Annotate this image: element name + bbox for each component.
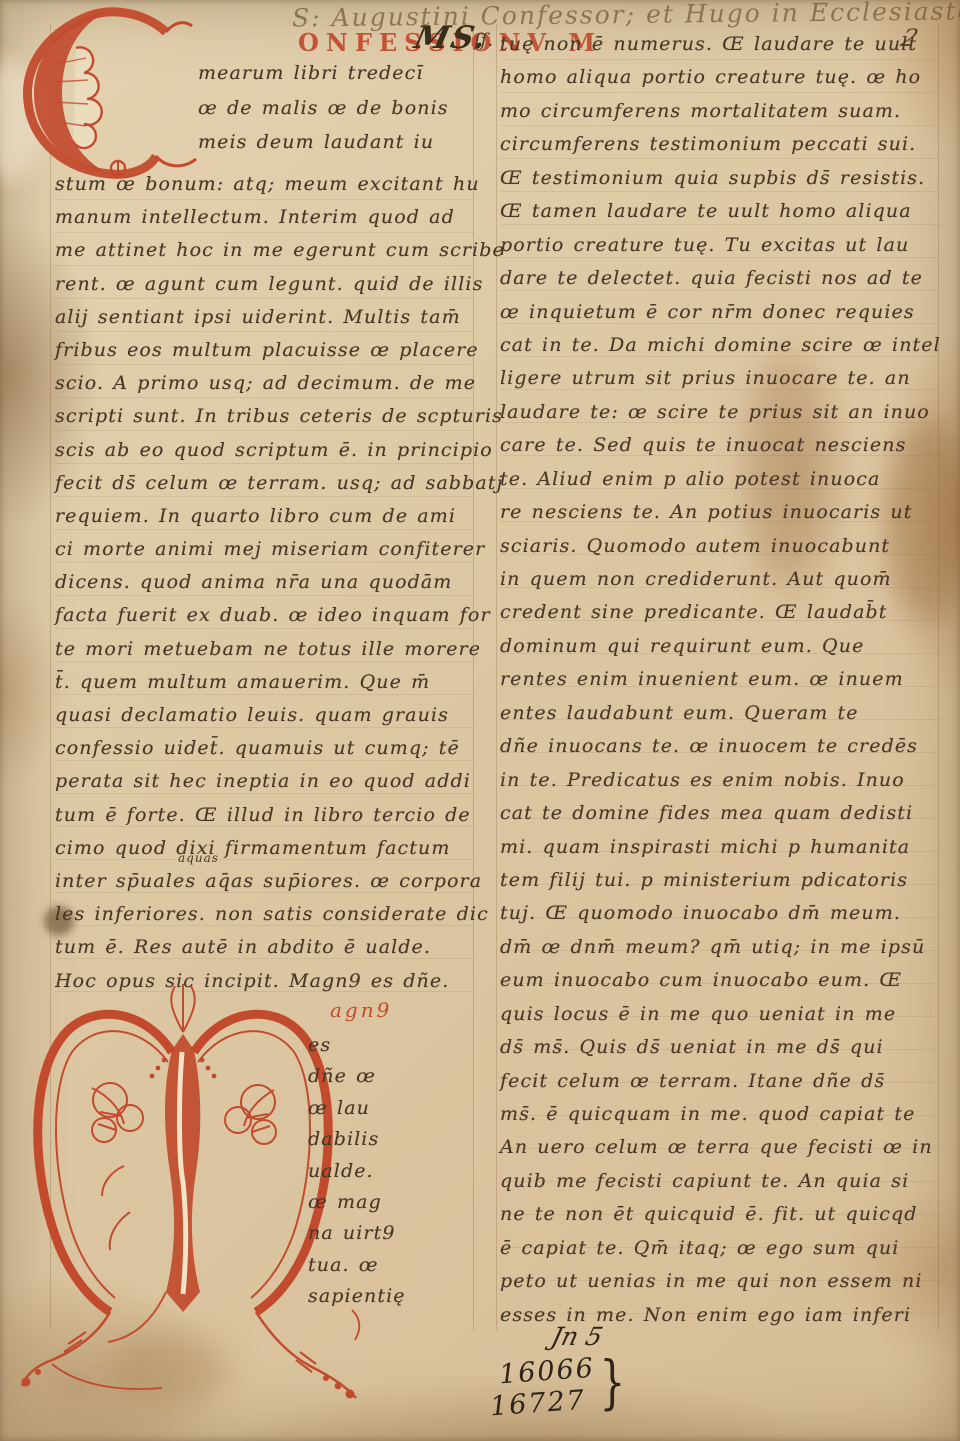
left-column-indent: mearum libri tredecīœ de malis œ de boni… xyxy=(198,56,449,160)
shelfmark-brace: } xyxy=(600,1348,626,1416)
text-line: tem filij tui. p ministerium pdicatoris xyxy=(500,864,940,897)
text-line: fecit celum œ terram. Itane dñe ds̄ xyxy=(500,1065,940,1098)
text-line: tuę non ē numerus. Œ laudare te uult xyxy=(500,28,940,61)
text-line: cimo quod dixi firmamentum factum xyxy=(55,832,475,865)
text-line: dabilis xyxy=(308,1124,458,1155)
text-line: dominum qui requirunt eum. Que xyxy=(500,630,940,663)
text-line: ualde. xyxy=(308,1156,458,1187)
text-line: Œ testimonium quia supbis ds̄ resistis. xyxy=(500,162,940,195)
initial-m-caption-first: agn9 xyxy=(330,998,392,1022)
text-line: ms̄. ē quicquam in me. quod capiat te xyxy=(500,1098,940,1131)
text-line: in te. Predicatus es enim nobis. Inuo xyxy=(500,764,940,797)
text-line: manum intellectum. Interim quod ad xyxy=(55,201,475,234)
text-line: fecit ds̄ celum œ terram. usq; ad sabbat… xyxy=(55,467,475,500)
text-line: scripti sunt. In tribus ceteris de scptu… xyxy=(55,400,475,433)
text-line: dare te delectet. quia fecisti nos ad te xyxy=(500,262,940,295)
initial-c-drawing xyxy=(14,6,214,178)
text-line: in quem non crediderunt. Aut quom̄ xyxy=(500,563,940,596)
text-line: re nesciens te. An potius inuocaris ut xyxy=(500,496,940,529)
text-line: mi. quam inspirasti michi p humanita xyxy=(500,831,940,864)
text-line: ē capiat te. Qm̄ itaq; œ ego sum qui xyxy=(500,1232,940,1265)
text-line: An uero celum œ terra que fecisti œ in xyxy=(500,1131,940,1164)
text-line: confessio uidet̄. quamuis ut cumq; tē xyxy=(55,732,475,765)
right-column-text: tuę non ē numerus. Œ laudare te uulthomo… xyxy=(500,28,940,1332)
text-line: quib me fecisti capiunt te. An quia si xyxy=(500,1165,940,1198)
text-line: me attinet hoc in me egerunt cum scribe xyxy=(55,234,475,267)
text-line: portio creature tuę. Tu excitas ut lau xyxy=(500,229,940,262)
text-line: credent sine predicante. Œ laudab̄t xyxy=(500,596,940,629)
quire-mark: ſſ. xyxy=(474,30,493,51)
text-line: na uirt9 xyxy=(308,1218,458,1249)
initial-m-caption: esdñe œœ laudabilisualde.œ magna uirt9tu… xyxy=(308,1030,458,1313)
text-line: eum inuocabo cum inuocabo eum. Œ xyxy=(500,964,940,997)
text-line: mearum libri tredecī xyxy=(198,56,449,91)
text-line: requiem. In quarto libro cum de ami xyxy=(55,500,475,533)
interlinear-gloss: aquas xyxy=(178,851,219,865)
text-line: fribus eos multum placuisse œ placere xyxy=(55,334,475,367)
text-line: ne te non ēt quicquid ē. fit. ut quicqd xyxy=(500,1198,940,1231)
text-line: ligere utrum sit prius inuocare te. an xyxy=(500,362,940,395)
text-line: quis locus ē in me quo ueniat in me xyxy=(500,998,940,1031)
text-line: tum ē. Res autē in abdito ē ualde. xyxy=(55,931,475,964)
text-line: œ de malis œ de bonis xyxy=(198,91,449,126)
text-line: dñe œ xyxy=(308,1061,458,1092)
text-line: mo circumferens mortalitatem suam. xyxy=(500,95,940,128)
text-line: peto ut uenias in me qui non essem ni xyxy=(500,1265,940,1298)
text-line: ci morte animi mej miseriam confiterer xyxy=(55,533,475,566)
text-line: care te. Sed quis te inuocat nesciens xyxy=(500,429,940,462)
text-line: rentes enim inuenient eum. œ inuem xyxy=(500,663,940,696)
text-line: quasi declamatio leuis. quam grauis xyxy=(55,699,475,732)
text-line: inter sp̄uales aq̄as sup̄iores. œ corpor… xyxy=(55,865,475,898)
left-column-text: stum œ bonum: atq; meum excitant humanum… xyxy=(55,168,475,998)
text-line: scio. A primo usq; ad decimum. de me xyxy=(55,367,475,400)
text-line: entes laudabunt eum. Queram te xyxy=(500,697,940,730)
text-line: œ lau xyxy=(308,1093,458,1124)
text-line: tuj. Œ quomodo inuocabo dm̄ meum. xyxy=(500,897,940,930)
text-line: les inferiores. non satis considerate di… xyxy=(55,898,475,931)
text-line: œ inquietum ē cor nr̄m donec requies xyxy=(500,296,940,329)
text-line: facta fuerit ex duab. œ ideo inquam for xyxy=(55,599,475,632)
footer-mark: Jn 5 xyxy=(548,1322,605,1351)
text-line: ds̄ ms̄. Quis ds̄ ueniat in me ds̄ qui xyxy=(500,1031,940,1064)
text-line: tum ē forte. Œ illud in libro tercio de xyxy=(55,799,475,832)
shelfmark-2: 16727 xyxy=(489,1385,587,1423)
text-line: cat in te. Da michi domine scire œ intel xyxy=(500,329,940,362)
text-line: Œ tamen laudare te uult homo aliqua xyxy=(500,195,940,228)
text-line: meis deum laudant iu xyxy=(198,125,449,160)
text-line: circumferens testimonium peccati sui. xyxy=(500,128,940,161)
text-line: scis ab eo quod scriptum ē. in principio xyxy=(55,434,475,467)
text-line: cat te domine fides mea quam dedisti xyxy=(500,797,940,830)
text-line: dicens. quod anima nr̄a una quodām xyxy=(55,566,475,599)
text-line: stum œ bonum: atq; meum excitant hu xyxy=(55,168,475,201)
text-line: œ mag xyxy=(308,1187,458,1218)
text-line: dñe inuocans te. œ inuocem te credēs xyxy=(500,730,940,763)
text-line: te. Aliud enim p alio potest inuoca xyxy=(500,463,940,496)
manuscript-page: S: Augustini Confessor; et Hugo in Eccle… xyxy=(0,0,960,1441)
text-line: sciaris. Quomodo autem inuocabunt xyxy=(500,530,940,563)
text-line: sapientię xyxy=(308,1281,458,1312)
text-line: es xyxy=(308,1030,458,1061)
text-line: tua. œ xyxy=(308,1250,458,1281)
text-line: laudare te: œ scire te prius sit an inuo xyxy=(500,396,940,429)
text-line: te mori metuebam ne totus ille morere xyxy=(55,633,475,666)
ruling-line xyxy=(496,24,497,1330)
text-line: t̄. quem multum amauerim. Que m̄ xyxy=(55,666,475,699)
text-line: dm̄ œ dnm̄ meum? qm̄ utiq; in me ipsū xyxy=(500,931,940,964)
text-line: homo aliqua portio creature tuę. œ ho xyxy=(500,61,940,94)
text-line: rent. œ agunt cum legunt. quid de illis xyxy=(55,268,475,301)
text-line: perata sit hec ineptia in eo quod addi xyxy=(55,765,475,798)
text-line: alij sentiant ipsi uiderint. Multis tam̄ xyxy=(55,301,475,334)
